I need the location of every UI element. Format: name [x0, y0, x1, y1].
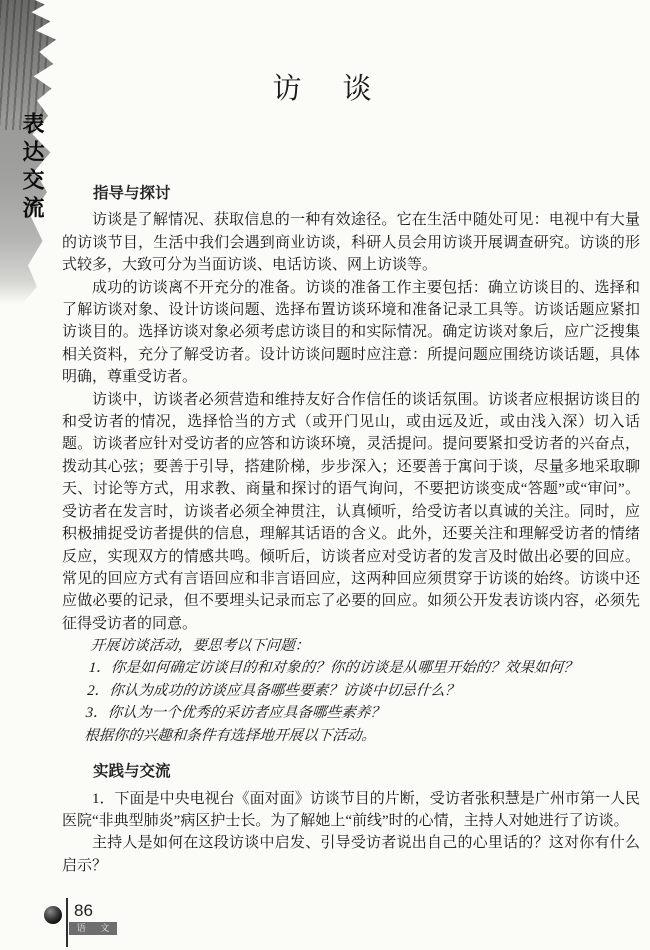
sphere-icon — [44, 906, 62, 924]
subject-badge: 语 文 — [69, 922, 117, 935]
unit-label-vertical: 表达交流 — [17, 112, 48, 224]
activity-question: 1．你是如何确定访谈目的和对象的？你的访谈是从哪里开始的？效果如何？ — [59, 658, 639, 680]
activity-questions-block: 开展访谈活动，要思考以下问题： 1．你是如何确定访谈目的和对象的？你的访谈是从哪… — [54, 635, 640, 747]
activity-question: 3．你认为一个优秀的采访者应具备哪些素养？ — [56, 702, 636, 724]
section-heading-practice: 实践与交流 — [62, 761, 640, 783]
page-body: 指导与探讨 访谈是了解情况、获取信息的一种有效途径。它在生活中随处可见：电视中有… — [62, 183, 640, 877]
section-heading-guidance: 指导与探讨 — [62, 183, 640, 205]
footer-divider — [66, 898, 68, 947]
practice-paragraph: 主持人是如何在这段访谈中启发、引导受访者说出自己的心里话的？这对你有什么启示？ — [62, 832, 640, 877]
guidance-paragraph: 成功的访谈离不开充分的准备。访谈的准备工作主要包括：确立访谈目的、选择和了解访谈… — [62, 277, 640, 389]
section-spacer — [62, 747, 640, 761]
practice-paragraph: 1．下面是中央电视台《面对面》访谈节目的片断，受访者张积慧是广州市第一人民医院“… — [62, 788, 640, 833]
activity-question: 2．你认为成功的访谈应具备哪些要素？访谈中切忌什么？ — [57, 680, 637, 702]
guidance-paragraph: 访谈是了解情况、获取信息的一种有效途径。它在生活中随处可见：电视中有大量的访谈节… — [62, 209, 640, 276]
page-number: 86 — [74, 901, 93, 921]
activity-note: 根据你的兴趣和条件有选择地开展以下活动。 — [54, 725, 634, 747]
guidance-paragraph: 访谈中，访谈者必须营造和维持友好合作信任的谈话氛围。访谈者应根据访谈目的和受访者… — [62, 389, 640, 635]
activity-intro: 开展访谈活动，要思考以下问题： — [60, 635, 640, 657]
page-title: 访 谈 — [0, 66, 650, 107]
